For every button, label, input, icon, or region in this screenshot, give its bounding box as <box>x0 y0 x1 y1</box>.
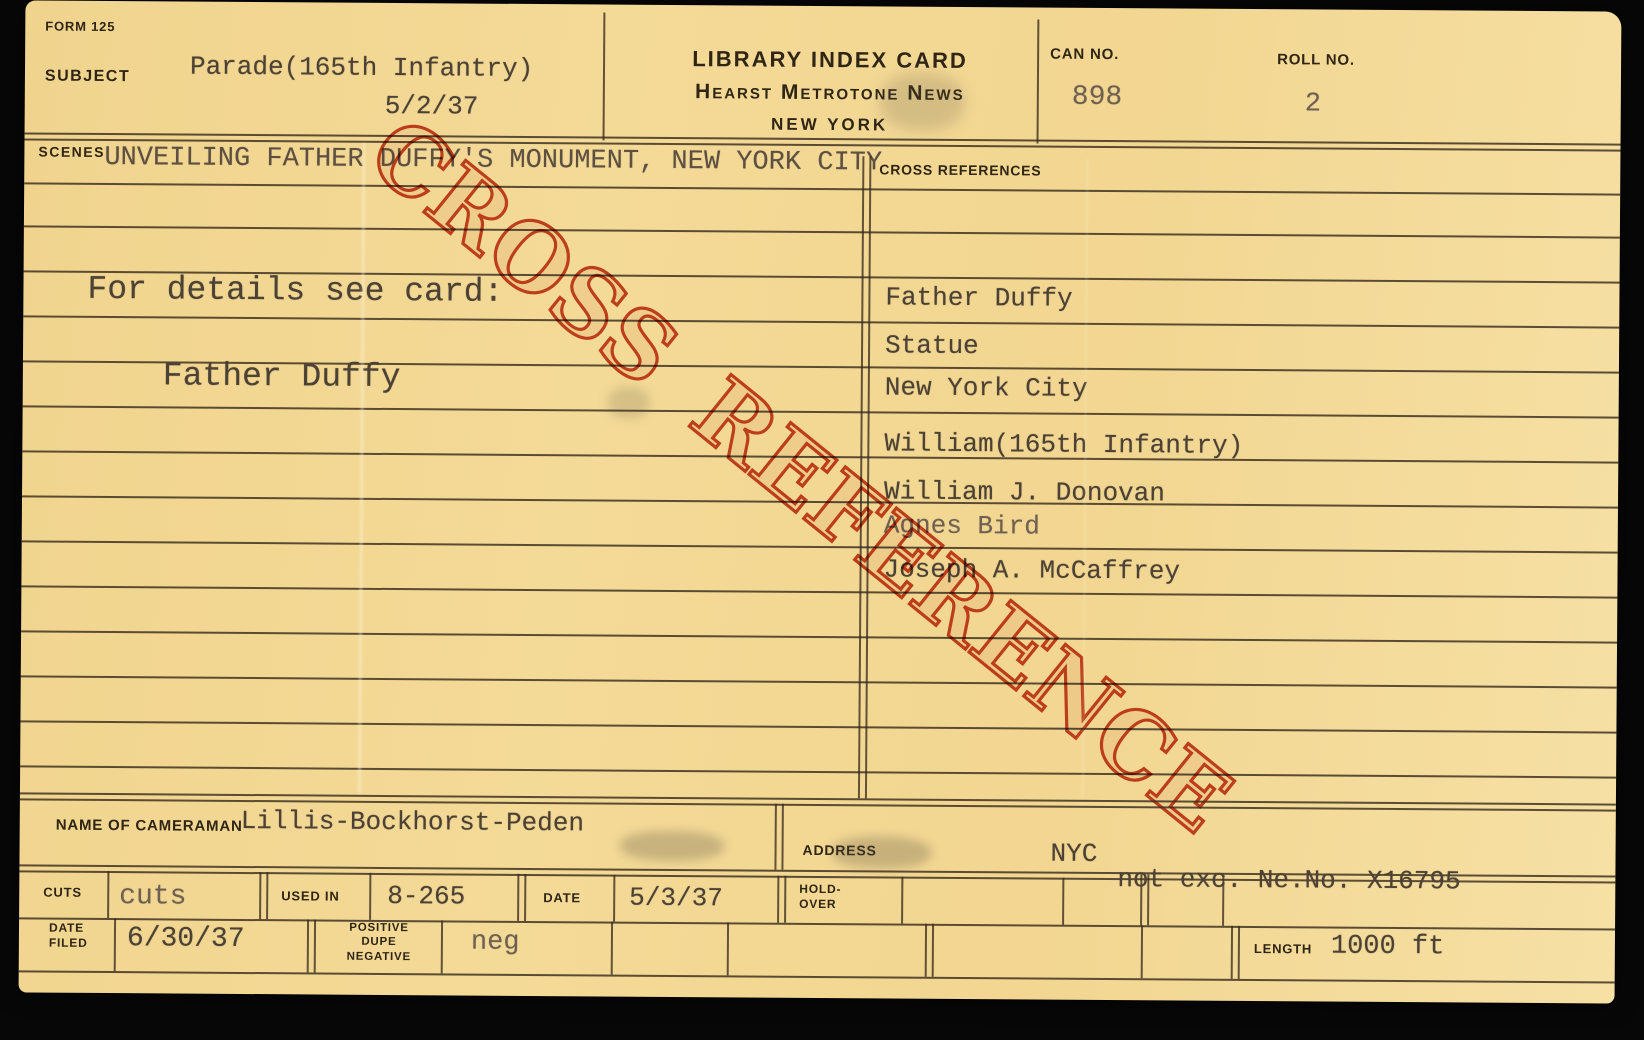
cross-reference-stamp: CROSS REFERENCE <box>350 98 1251 854</box>
cell-divider <box>114 918 116 971</box>
org-city: NEW YORK <box>613 112 1047 136</box>
subject-value: Parade(165th Infantry) <box>190 54 533 82</box>
rule-line <box>23 405 1619 418</box>
address-value: NYC <box>1050 841 1097 867</box>
cell-divider <box>307 919 309 972</box>
rule-line <box>21 675 1617 688</box>
row1-divider-2 <box>781 804 783 870</box>
cuts-label: CUTS <box>43 885 82 902</box>
rule-line <box>21 630 1617 643</box>
cell-divider <box>925 924 927 977</box>
row3-rule <box>19 917 1615 930</box>
cell-divider <box>266 872 268 919</box>
cell-divider <box>901 877 903 924</box>
paper-smudge <box>880 72 965 131</box>
row1-divider <box>774 804 776 870</box>
rule-line <box>23 315 1619 328</box>
scenes-label: SCENES <box>38 144 105 162</box>
paper-crease <box>358 143 366 793</box>
cross-reference-entry: New York City <box>885 374 1088 401</box>
ink-smudge <box>831 836 931 869</box>
positive-dupe-negative-label: POSITIVE DUPE NEGATIVE <box>324 921 434 965</box>
paper-smudge <box>608 387 650 419</box>
cell-divider <box>784 876 786 923</box>
cameraman-label: NAME OF CAMERAMAN <box>56 817 243 837</box>
rule-line <box>20 720 1616 733</box>
card-masthead: LIBRARY INDEX CARD Hearst Metrotone News… <box>613 5 1048 137</box>
cell-divider <box>1231 926 1233 979</box>
bottom-rule <box>19 970 1615 983</box>
library-index-card: FORM 125 SUBJECT Parade(165th Infantry) … <box>19 0 1622 1003</box>
rule-line <box>24 182 1620 195</box>
used-in-value: 8-265 <box>387 883 465 910</box>
roll-no-label: ROLL NO. <box>1277 51 1355 70</box>
cell-divider <box>1238 926 1240 979</box>
can-no-value: 898 <box>1072 84 1123 112</box>
rule-line <box>24 225 1620 238</box>
note-value: not exc. Ne.No. X16795 <box>1117 866 1460 894</box>
rule-line <box>20 765 1616 778</box>
cameraman-value: Lillis-Bockhorst-Peden <box>241 808 584 836</box>
cross-reference-entry: Father Duffy <box>885 284 1072 311</box>
date-label: DATE <box>543 890 581 907</box>
card-title: LIBRARY INDEX CARD <box>613 45 1047 76</box>
cross-reference-entry: Statue <box>885 332 979 359</box>
cell-divider <box>932 924 934 977</box>
scan-background: { "card": { "form_label": "FORM 125", "s… <box>0 0 1644 1040</box>
used-in-label: USED IN <box>281 888 339 905</box>
cross-reference-entry: William(165th Infantry) <box>884 430 1243 459</box>
left-note: For details see card: <box>87 273 503 309</box>
cell-divider <box>517 874 519 921</box>
date-value: 5/3/37 <box>629 885 723 912</box>
date-filed-value: 6/30/37 <box>127 925 245 954</box>
can-no-label: CAN NO. <box>1050 46 1119 65</box>
cell-divider <box>613 875 615 922</box>
negative-value: neg <box>471 930 520 957</box>
rule-line <box>21 585 1617 598</box>
left-entry: Father Duffy <box>163 359 401 394</box>
holdover-label: HOLD- OVER <box>799 882 841 912</box>
cross-reference-entry: William J. Donovan <box>884 478 1165 506</box>
cell-divider <box>777 876 779 923</box>
cell-divider <box>107 871 109 918</box>
length-value: 1000 ft <box>1331 934 1445 962</box>
subject-label: SUBJECT <box>45 67 130 88</box>
cell-divider <box>727 922 729 975</box>
cell-divider <box>314 919 316 972</box>
cell-divider <box>441 920 443 973</box>
org-name: Hearst Metrotone News <box>613 78 1047 107</box>
length-label: LENGTH <box>1254 941 1312 958</box>
cuts-value: cuts <box>119 883 186 911</box>
date-filed-label: DATE FILED <box>49 921 88 951</box>
cross-references-label: CROSS REFERENCES <box>879 161 1041 180</box>
cell-divider <box>259 872 261 919</box>
cell-divider <box>611 922 613 975</box>
cell-divider <box>1141 925 1143 978</box>
cell-divider <box>1062 878 1064 925</box>
cell-divider <box>369 873 371 920</box>
form-number-label: FORM 125 <box>45 19 115 36</box>
header-divider-left <box>603 12 606 140</box>
ink-smudge <box>619 831 724 862</box>
cell-divider <box>524 874 526 921</box>
roll-no-value: 2 <box>1305 91 1321 118</box>
